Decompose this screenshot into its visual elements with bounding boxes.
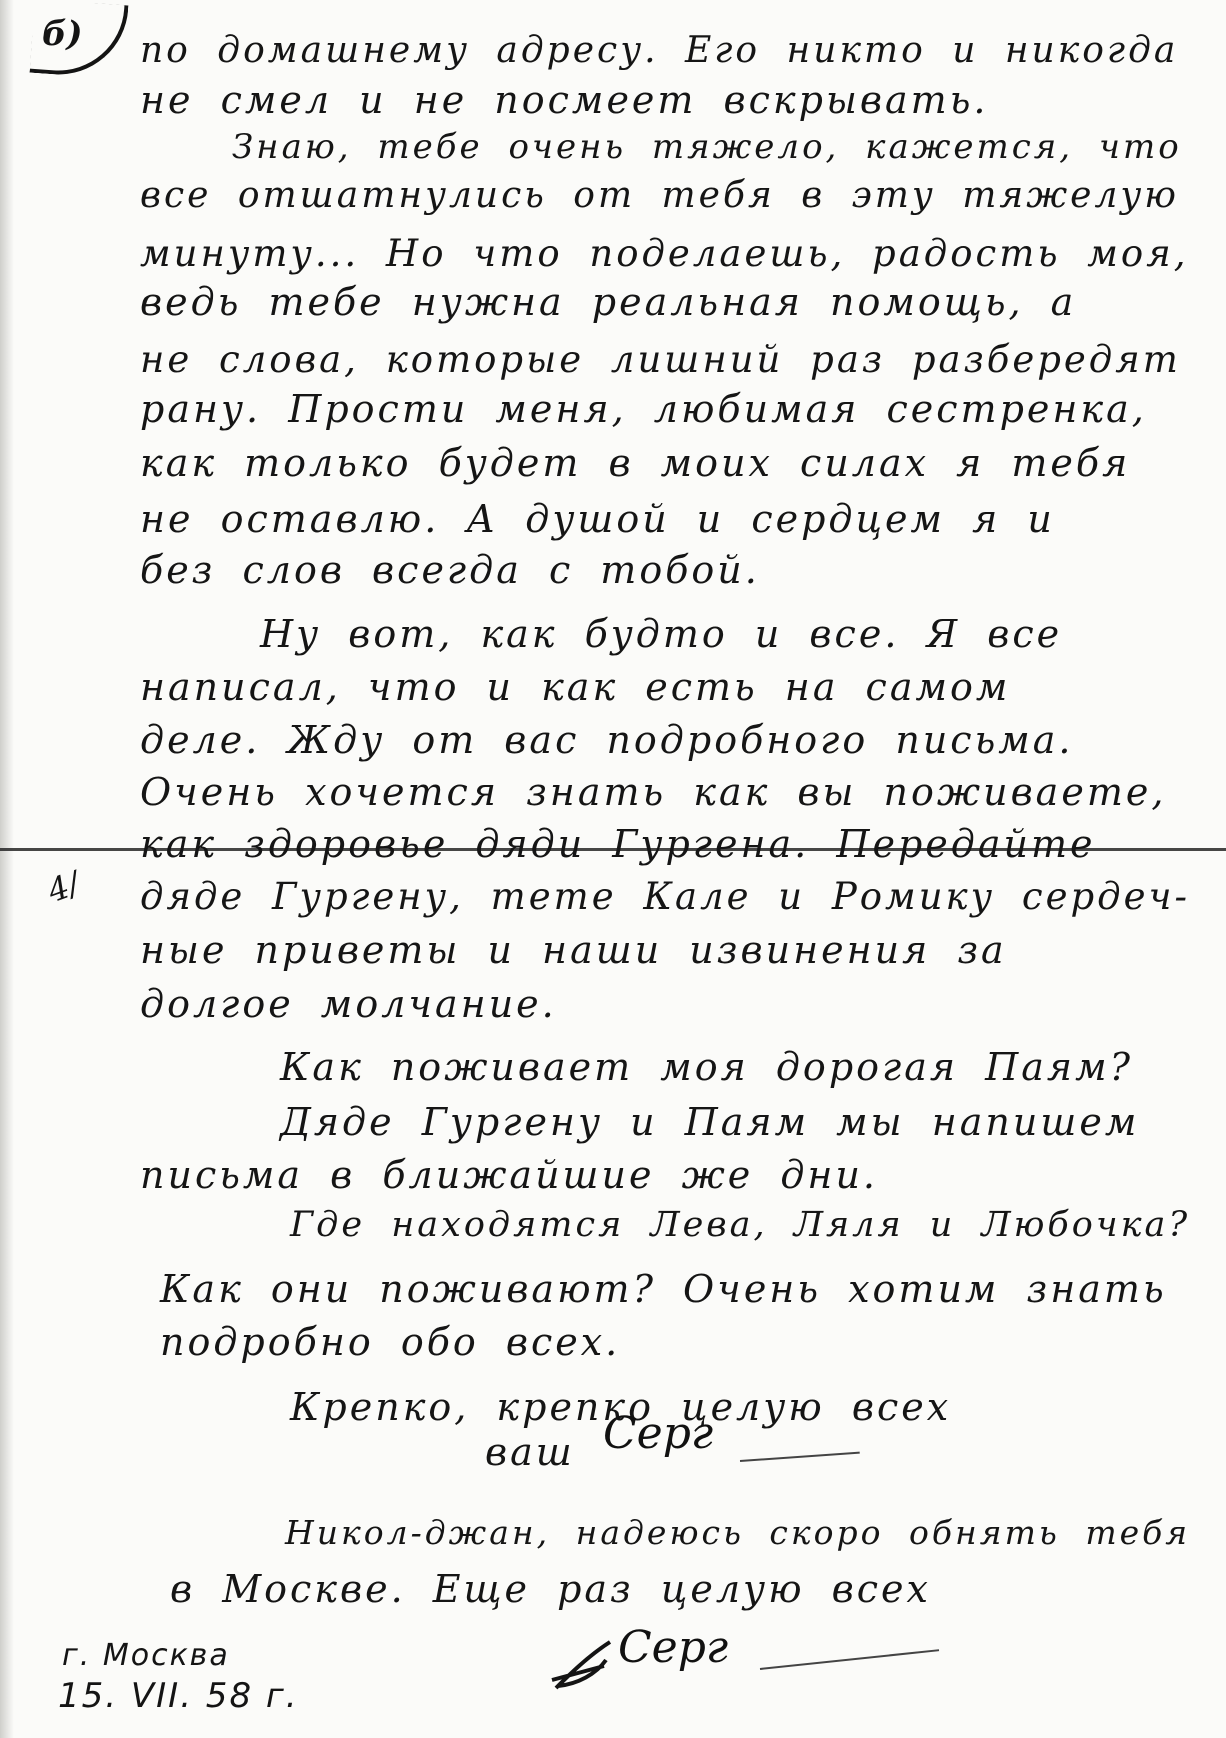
date-label: 15. VII. 58 г.	[58, 1676, 299, 1716]
letter-line: написал, что и как есть на самом	[140, 665, 1010, 709]
signature-final-tail	[760, 1649, 939, 1670]
scanned-letter-page: б) 4/ по домашнему адресу. Его никто и н…	[0, 0, 1226, 1738]
letter-line: Очень хочется знать как вы поживаете,	[140, 770, 1166, 814]
margin-mark: 4/	[42, 864, 84, 910]
letter-line: Знаю, тебе очень тяжело, кажется, что	[232, 127, 1182, 167]
letter-line: все отшатнулись от тебя в эту тяжелую	[140, 175, 1179, 216]
place-label: г. Москва	[62, 1638, 230, 1673]
page-marker-label: б)	[42, 14, 83, 54]
letter-line: как только будет в моих силах я тебя	[140, 441, 1130, 485]
letter-line: ваш	[485, 1430, 575, 1474]
letter-line: Где находятся Лева, Ляля и Любочка?	[290, 1205, 1190, 1245]
signature-closing: Серг	[603, 1408, 713, 1459]
letter-line: не слова, которые лишний раз разбередят	[140, 338, 1181, 381]
letter-line: Никол-джан, надеюсь скоро обнять тебя	[285, 1513, 1190, 1552]
letter-line: деле. Жду от вас подробного письма.	[140, 718, 1074, 762]
signature-final: Серг	[618, 1622, 728, 1673]
letter-line: как здоровье дяди Гургена. Передайте	[140, 822, 1096, 866]
letter-line: подробно обо всех.	[160, 1320, 620, 1364]
letter-line: ведь тебе нужна реальная помощь, а	[140, 280, 1076, 324]
letter-line: по домашнему адресу. Его никто и никогда	[140, 30, 1178, 71]
letter-line: Как поживает моя дорогая Паям?	[280, 1045, 1133, 1089]
letter-line: Как они поживают? Очень хотим знать	[160, 1267, 1167, 1311]
signature-tail	[740, 1452, 860, 1462]
scan-edge-shadow	[0, 0, 14, 1738]
signature-flourish-icon	[548, 1636, 618, 1696]
letter-line: рану. Прости меня, любимая сестренка,	[140, 387, 1147, 431]
letter-line: не смел и не посмеет вскрывать.	[140, 78, 988, 122]
letter-line: без слов всегда с тобой.	[140, 548, 760, 592]
letter-line: минуту... Но что поделаешь, радость моя,	[140, 232, 1188, 275]
letter-line: ные приветы и наши извинения за	[140, 928, 1007, 972]
letter-line: в Москве. Еще раз целую всех	[170, 1567, 931, 1611]
letter-line: Дяде Гургену и Паям мы напишем	[280, 1100, 1139, 1144]
letter-line: долгое молчание.	[140, 982, 557, 1026]
page-marker: б)	[28, 14, 120, 66]
letter-line: не оставлю. А душой и сердцем я и	[140, 497, 1055, 541]
letter-line: письма в ближайшие же дни.	[140, 1153, 878, 1197]
letter-line: Ну вот, как будто и все. Я все	[260, 612, 1062, 656]
letter-line: дяде Гургену, тете Кале и Ромику сердеч-	[140, 875, 1190, 918]
